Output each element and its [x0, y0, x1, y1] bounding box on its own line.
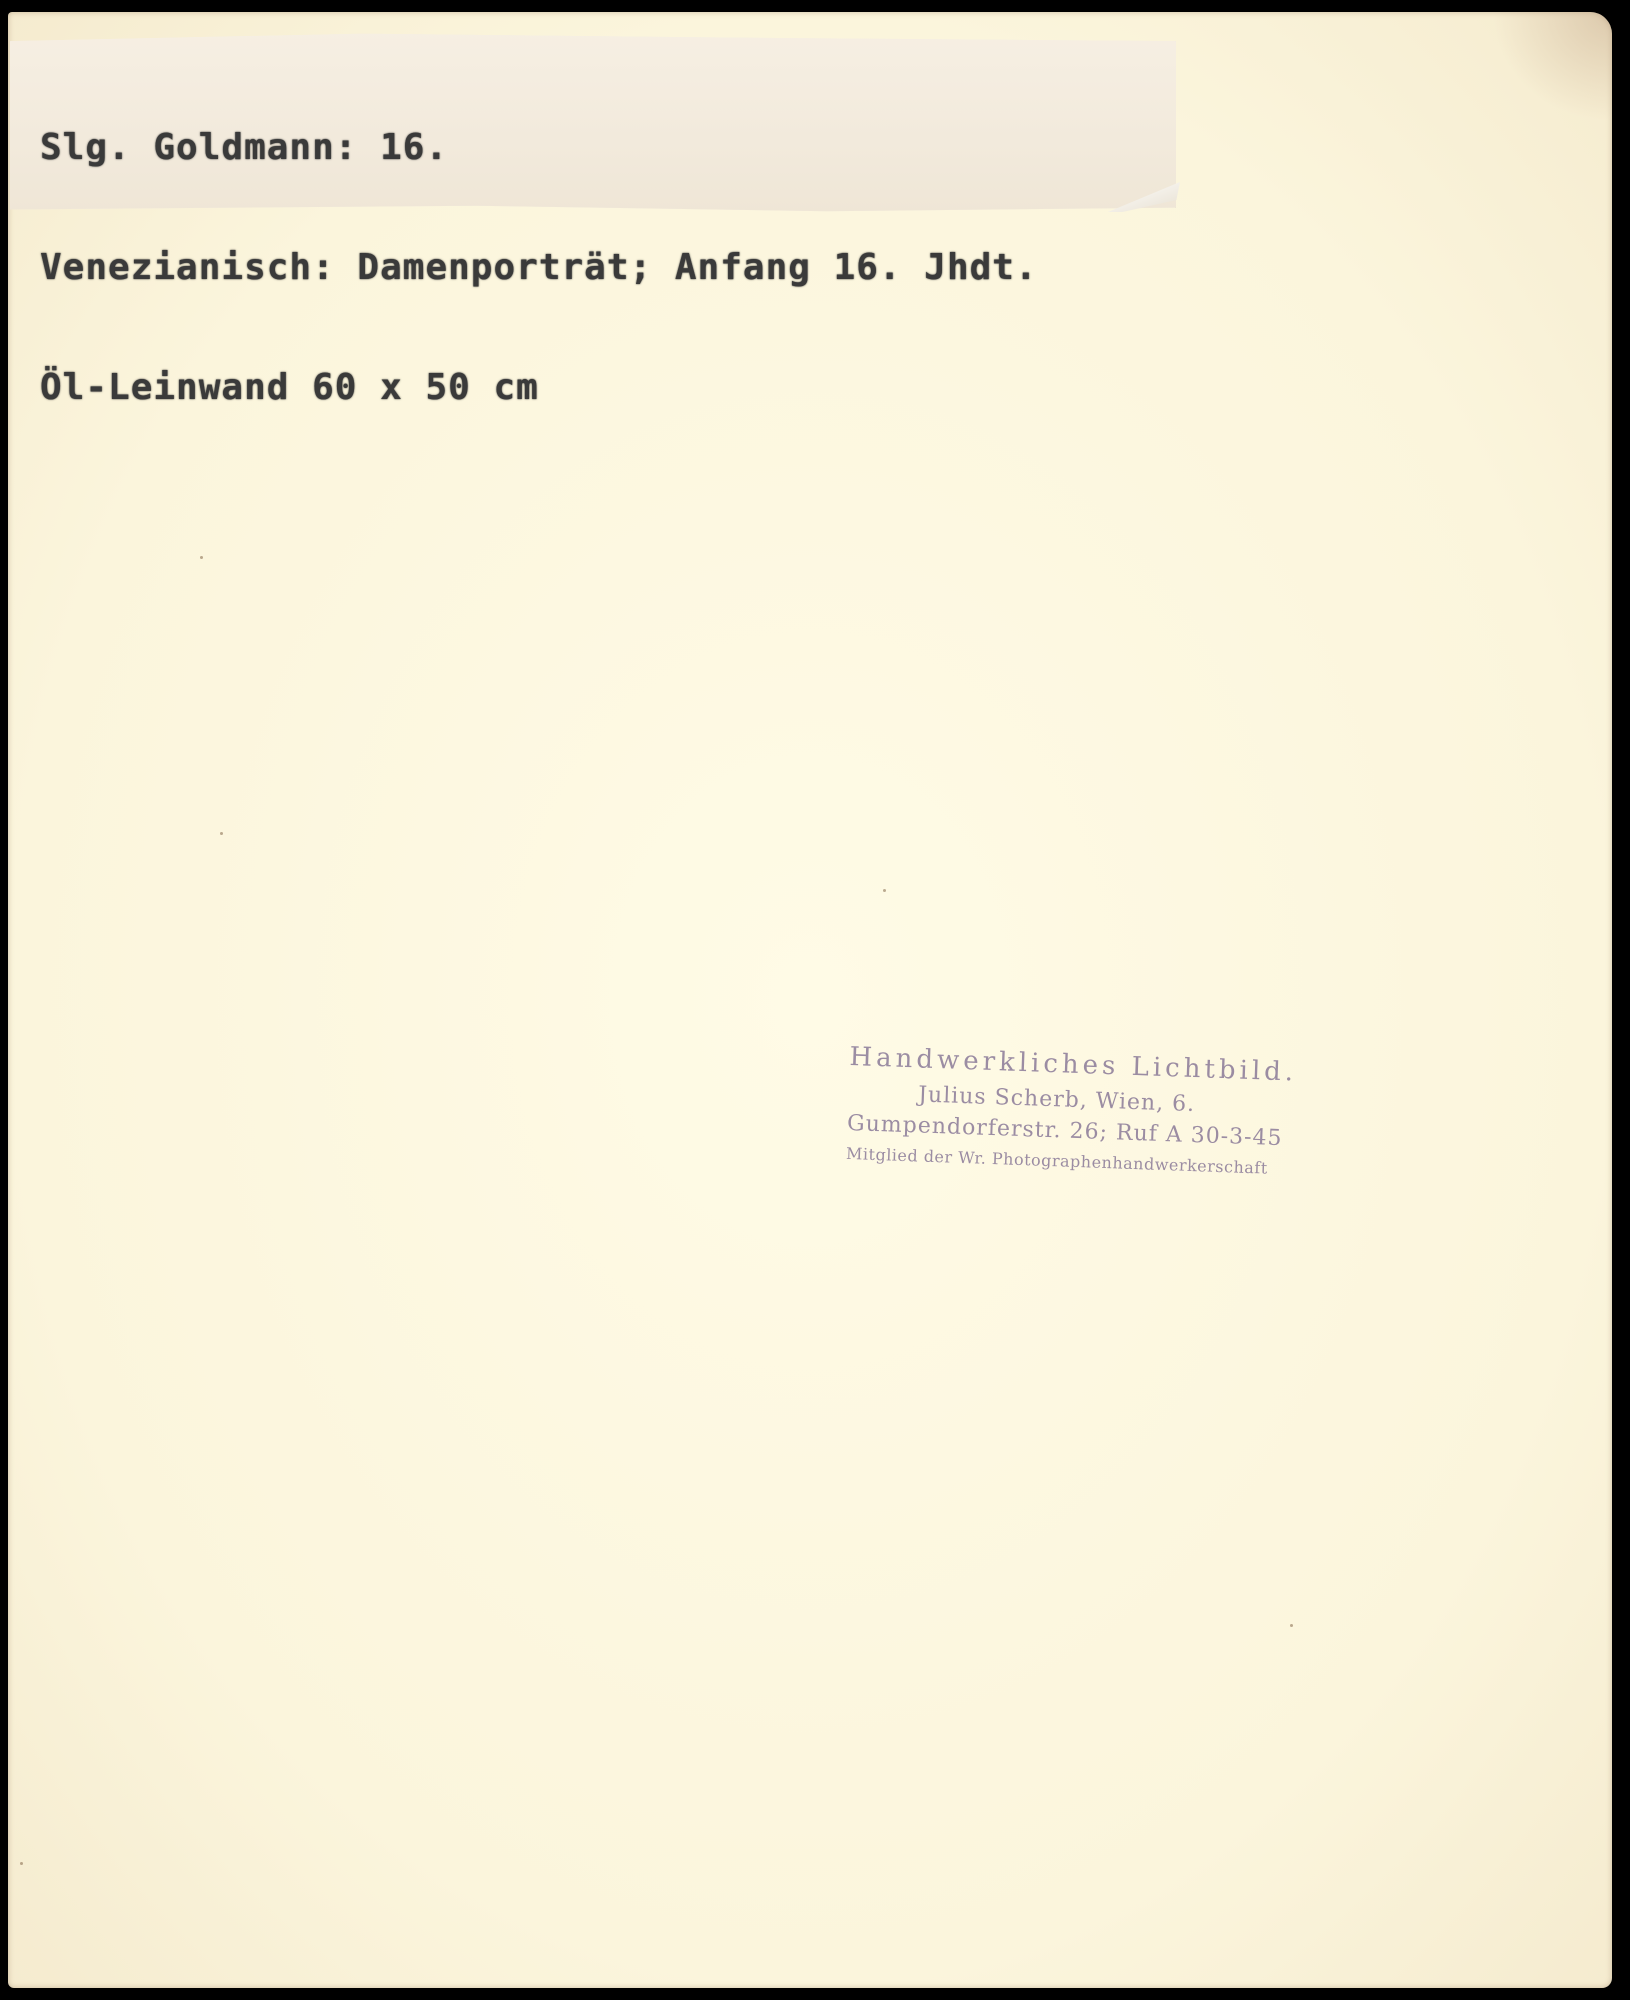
- label-line-collection: Slg. Goldmann: 16.: [40, 128, 1038, 168]
- typed-label-text: Slg. Goldmann: 16. Venezianisch: Damenpo…: [40, 48, 1038, 488]
- speck: [883, 889, 886, 892]
- speck: [1290, 1624, 1293, 1627]
- speck: [200, 556, 203, 559]
- photo-card-back: Slg. Goldmann: 16. Venezianisch: Damenpo…: [8, 12, 1612, 1988]
- speck: [220, 832, 223, 835]
- speck: [20, 1862, 23, 1865]
- label-line-title: Venezianisch: Damenporträt; Anfang 16. J…: [40, 248, 1038, 288]
- photographer-stamp: Handwerkliches Lichtbild. Julius Scherb,…: [846, 1042, 1330, 1180]
- corner-stain: [1492, 12, 1612, 122]
- label-line-medium: Öl-Leinwand 60 x 50 cm: [40, 368, 1038, 408]
